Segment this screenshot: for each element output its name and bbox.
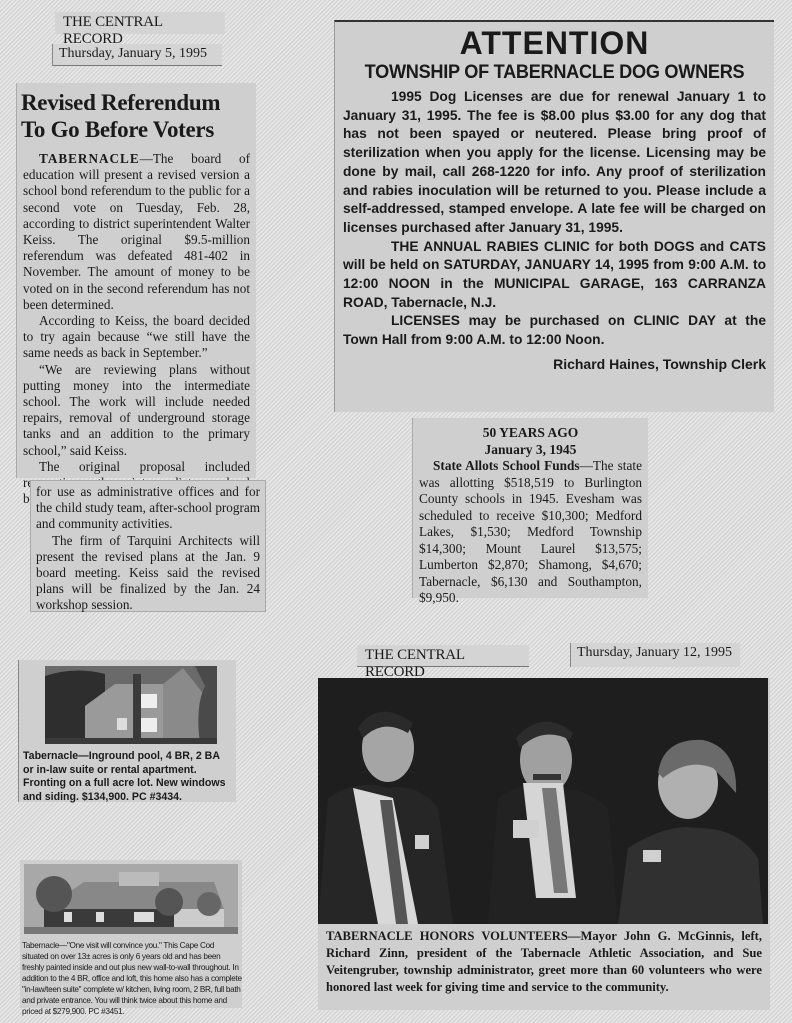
fifty-body: State Allots School Funds—The state was … [413, 458, 648, 607]
headline-line-2: To Go Before Voters [21, 116, 250, 143]
volunteers-photo [318, 678, 768, 924]
fifty-date: January 3, 1945 [413, 441, 648, 458]
article-paragraph: —The board of education will present a r… [23, 151, 250, 312]
people-photo-icon [318, 678, 768, 924]
article-body-continued: for use as administrative offices and fo… [31, 481, 265, 614]
volunteers-clipping: TABERNACLE HONORS VOLUNTEERS—Mayor John … [318, 678, 770, 1010]
house-image-icon [24, 864, 238, 934]
article-paragraph: According to Keiss, the board decided to… [23, 313, 250, 362]
date-text: Thursday, January 12, 1995 [577, 645, 732, 660]
article-paragraph: “We are reviewing plans without putting … [23, 362, 250, 459]
date-text: Thursday, January 5, 1995 [59, 46, 207, 61]
listing-2-caption: Tabernacle—"One visit will convince you.… [22, 940, 242, 1017]
notice-signature: Richard Haines, Township Clerk [335, 350, 774, 372]
article-headline: Revised Referendum To Go Before Voters [17, 83, 256, 143]
house-photo-1 [45, 666, 217, 744]
article-paragraph: for use as administrative offices and fo… [36, 484, 260, 533]
masthead-text: THE CENTRAL RECORD [365, 647, 464, 680]
masthead-jan5: THE CENTRAL RECORD [55, 12, 225, 34]
notice-paragraph: LICENSES may be purchased on CLINIC DAY … [343, 312, 766, 349]
real-estate-listing-1: Tabernacle—Inground pool, 4 BR, 2 BA or … [18, 660, 236, 802]
article-dateline: TABERNACLE [39, 151, 140, 166]
notice-title: ATTENTION [335, 26, 774, 60]
listing-1-caption: Tabernacle—Inground pool, 4 BR, 2 BA or … [23, 750, 233, 804]
dateline-jan12: Thursday, January 12, 1995 [570, 643, 740, 667]
house-image-icon [45, 666, 217, 744]
masthead-text: THE CENTRAL RECORD [63, 14, 162, 47]
referendum-article-continued: for use as administrative offices and fo… [30, 480, 266, 612]
article-paragraph: The firm of Tarquini Architects will pre… [36, 533, 260, 614]
dateline-jan5: Thursday, January 5, 1995 [52, 44, 222, 66]
real-estate-listing-2: Tabernacle—"One visit will convince you.… [20, 860, 242, 1008]
house-photo-2 [24, 864, 238, 934]
volunteers-caption: TABERNACLE HONORS VOLUNTEERS—Mayor John … [326, 928, 762, 996]
masthead-jan12: THE CENTRAL RECORD [357, 645, 529, 667]
fifty-text: —The state was allotting $518,519 to Bur… [419, 458, 642, 605]
fifty-heading: 50 YEARS AGO [413, 424, 648, 441]
referendum-article: Revised Referendum To Go Before Voters T… [16, 83, 256, 478]
fifty-years-ago: 50 YEARS AGO January 3, 1945 State Allot… [412, 418, 648, 598]
fifty-lead: State Allots School Funds [433, 458, 580, 473]
article-body: TABERNACLE—The board of education will p… [17, 143, 256, 507]
dog-license-notice: ATTENTION TOWNSHIP OF TABERNACLE DOG OWN… [334, 20, 774, 412]
notice-paragraph: THE ANNUAL RABIES CLINIC for both DOGS a… [343, 238, 766, 313]
headline-line-1: Revised Referendum [21, 89, 250, 116]
notice-subtitle: TOWNSHIP OF TABERNACLE DOG OWNERS [350, 60, 758, 84]
notice-paragraph: 1995 Dog Licenses are due for renewal Ja… [343, 88, 766, 238]
notice-body: 1995 Dog Licenses are due for renewal Ja… [335, 88, 774, 350]
